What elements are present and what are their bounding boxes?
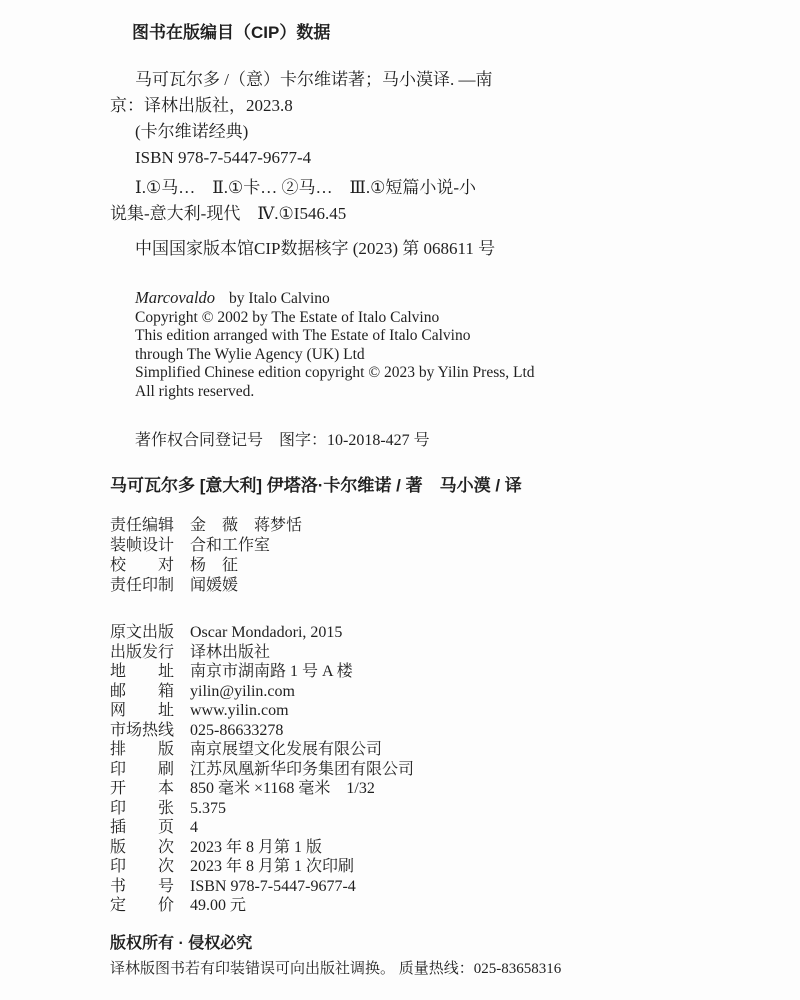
- english-copyright-block: Marcovaldoby Italo Calvino Copyright © 2…: [135, 289, 730, 401]
- credit-label: 装帧设计: [110, 536, 190, 556]
- publication-value: 49.00 元: [190, 897, 246, 914]
- credit-value: 闻媛媛: [190, 577, 238, 594]
- publication-row: 地 址南京市湖南路 1 号 A 楼: [110, 662, 730, 682]
- credit-label: 校 对: [110, 556, 190, 576]
- english-byline: by Italo Calvino: [229, 290, 330, 307]
- publication-value: www.yilin.com: [190, 702, 289, 719]
- publication-row: 市场热线025-86633278: [110, 721, 730, 741]
- english-copyright-line: This edition arranged with The Estate of…: [135, 327, 730, 346]
- publication-value: 南京市湖南路 1 号 A 楼: [190, 663, 353, 680]
- publication-value: 5.375: [190, 800, 226, 817]
- rights-notice: 版权所有 · 侵权必究: [110, 931, 730, 957]
- publication-row: 邮 箱yilin@yilin.com: [110, 682, 730, 702]
- publication-value: 4: [190, 819, 198, 836]
- publication-label: 地 址: [110, 662, 190, 682]
- cip-isbn-line: ISBN 978-7-5447-9677-4: [135, 145, 730, 171]
- publication-label: 插 页: [110, 818, 190, 838]
- publication-value: yilin@yilin.com: [190, 683, 295, 700]
- publication-row: 出版发行译林出版社: [110, 643, 730, 663]
- publication-value: 025-86633278: [190, 722, 283, 739]
- publication-label: 定 价: [110, 896, 190, 916]
- publication-label: 开 本: [110, 779, 190, 799]
- cip-registry-line: 中国国家版本馆CIP数据核字 (2023) 第 068611 号: [135, 236, 730, 262]
- cip-record-block: 马可瓦尔多 /（意）卡尔维诺著；马小漠译. —南 京：译林出版社，2023.8 …: [110, 67, 730, 171]
- cip-series-line: (卡尔维诺经典): [135, 119, 730, 145]
- publication-label: 版 次: [110, 838, 190, 858]
- publication-label: 原文出版: [110, 623, 190, 643]
- publication-row: 排 版南京展望文化发展有限公司: [110, 740, 730, 760]
- credit-label: 责任编辑: [110, 516, 190, 536]
- publication-value: 译林出版社: [190, 644, 270, 661]
- english-copyright-line: All rights reserved.: [135, 383, 730, 402]
- credit-row: 责任印制闻媛媛: [110, 576, 730, 596]
- credits-block: 责任编辑金 薇 蒋梦恬 装帧设计合和工作室 校 对杨 征 责任印制闻媛媛: [110, 516, 730, 596]
- publication-row: 插 页4: [110, 818, 730, 838]
- publication-label: 出版发行: [110, 643, 190, 663]
- publication-value: 850 毫米 ×1168 毫米 1/32: [190, 780, 375, 797]
- cip-heading: 图书在版编目（CIP）数据: [132, 20, 730, 46]
- copyright-page: 图书在版编目（CIP）数据 马可瓦尔多 /（意）卡尔维诺著；马小漠译. —南 京…: [0, 0, 800, 1000]
- quality-notice: 译林版图书若有印装错误可向出版社调换。 质量热线：025-83658316: [110, 957, 730, 981]
- publication-value: 南京展望文化发展有限公司: [190, 741, 382, 758]
- publication-block: 原文出版Oscar Mondadori, 2015 出版发行译林出版社 地 址南…: [110, 623, 730, 916]
- english-copyright-line: through The Wylie Agency (UK) Ltd: [135, 346, 730, 365]
- publication-label: 邮 箱: [110, 682, 190, 702]
- publication-value: 2023 年 8 月第 1 次印刷: [190, 858, 354, 875]
- english-title-line: Marcovaldoby Italo Calvino: [135, 289, 730, 309]
- cip-classification-line: Ⅰ.①马… Ⅱ.①卡… ②马… Ⅲ.①短篇小说-小: [135, 175, 730, 201]
- publication-row: 印 刷江苏凤凰新华印务集团有限公司: [110, 760, 730, 780]
- english-copyright-line: Simplified Chinese edition copyright © 2…: [135, 364, 730, 383]
- cip-record-line: 马可瓦尔多 /（意）卡尔维诺著；马小漠译. —南: [135, 67, 730, 93]
- publication-label: 印 刷: [110, 760, 190, 780]
- english-copyright-line: Copyright © 2002 by The Estate of Italo …: [135, 309, 730, 328]
- credit-value: 杨 征: [190, 557, 238, 574]
- credit-row: 责任编辑金 薇 蒋梦恬: [110, 516, 730, 536]
- cip-record-line: 京：译林出版社，2023.8: [110, 93, 730, 119]
- publication-row: 原文出版Oscar Mondadori, 2015: [110, 623, 730, 643]
- publication-row: 开 本850 毫米 ×1168 毫米 1/32: [110, 779, 730, 799]
- cip-classification-block: Ⅰ.①马… Ⅱ.①卡… ②马… Ⅲ.①短篇小说-小 说集-意大利-现代 Ⅳ.①I…: [110, 175, 730, 227]
- publication-label: 书 号: [110, 877, 190, 897]
- publication-row: 印 次2023 年 8 月第 1 次印刷: [110, 857, 730, 877]
- publication-value: ISBN 978-7-5447-9677-4: [190, 878, 356, 895]
- publication-row: 版 次2023 年 8 月第 1 版: [110, 838, 730, 858]
- publication-value: 2023 年 8 月第 1 版: [190, 839, 322, 856]
- publication-value: 江苏凤凰新华印务集团有限公司: [190, 761, 414, 778]
- cip-classification-line: 说集-意大利-现代 Ⅳ.①I546.45: [110, 201, 730, 227]
- publication-label: 市场热线: [110, 721, 190, 741]
- publication-label: 印 张: [110, 799, 190, 819]
- publication-row: 定 价49.00 元: [110, 896, 730, 916]
- publication-label: 排 版: [110, 740, 190, 760]
- publication-row: 书 号ISBN 978-7-5447-9677-4: [110, 877, 730, 897]
- credit-row: 校 对杨 征: [110, 556, 730, 576]
- copyright-registration-line: 著作权合同登记号 图字：10-2018-427 号: [135, 428, 730, 454]
- credit-value: 金 薇 蒋梦恬: [190, 517, 302, 534]
- publication-value: Oscar Mondadori, 2015: [190, 624, 342, 641]
- credit-row: 装帧设计合和工作室: [110, 536, 730, 556]
- publication-label: 网 址: [110, 701, 190, 721]
- publication-label: 印 次: [110, 857, 190, 877]
- publication-row: 网 址www.yilin.com: [110, 701, 730, 721]
- book-title-line: 马可瓦尔多 [意大利] 伊塔洛·卡尔维诺 / 著 马小漠 / 译: [110, 472, 730, 500]
- credit-label: 责任印制: [110, 576, 190, 596]
- publication-row: 印 张5.375: [110, 799, 730, 819]
- book-title-english: Marcovaldo: [135, 288, 215, 307]
- credit-value: 合和工作室: [190, 537, 270, 554]
